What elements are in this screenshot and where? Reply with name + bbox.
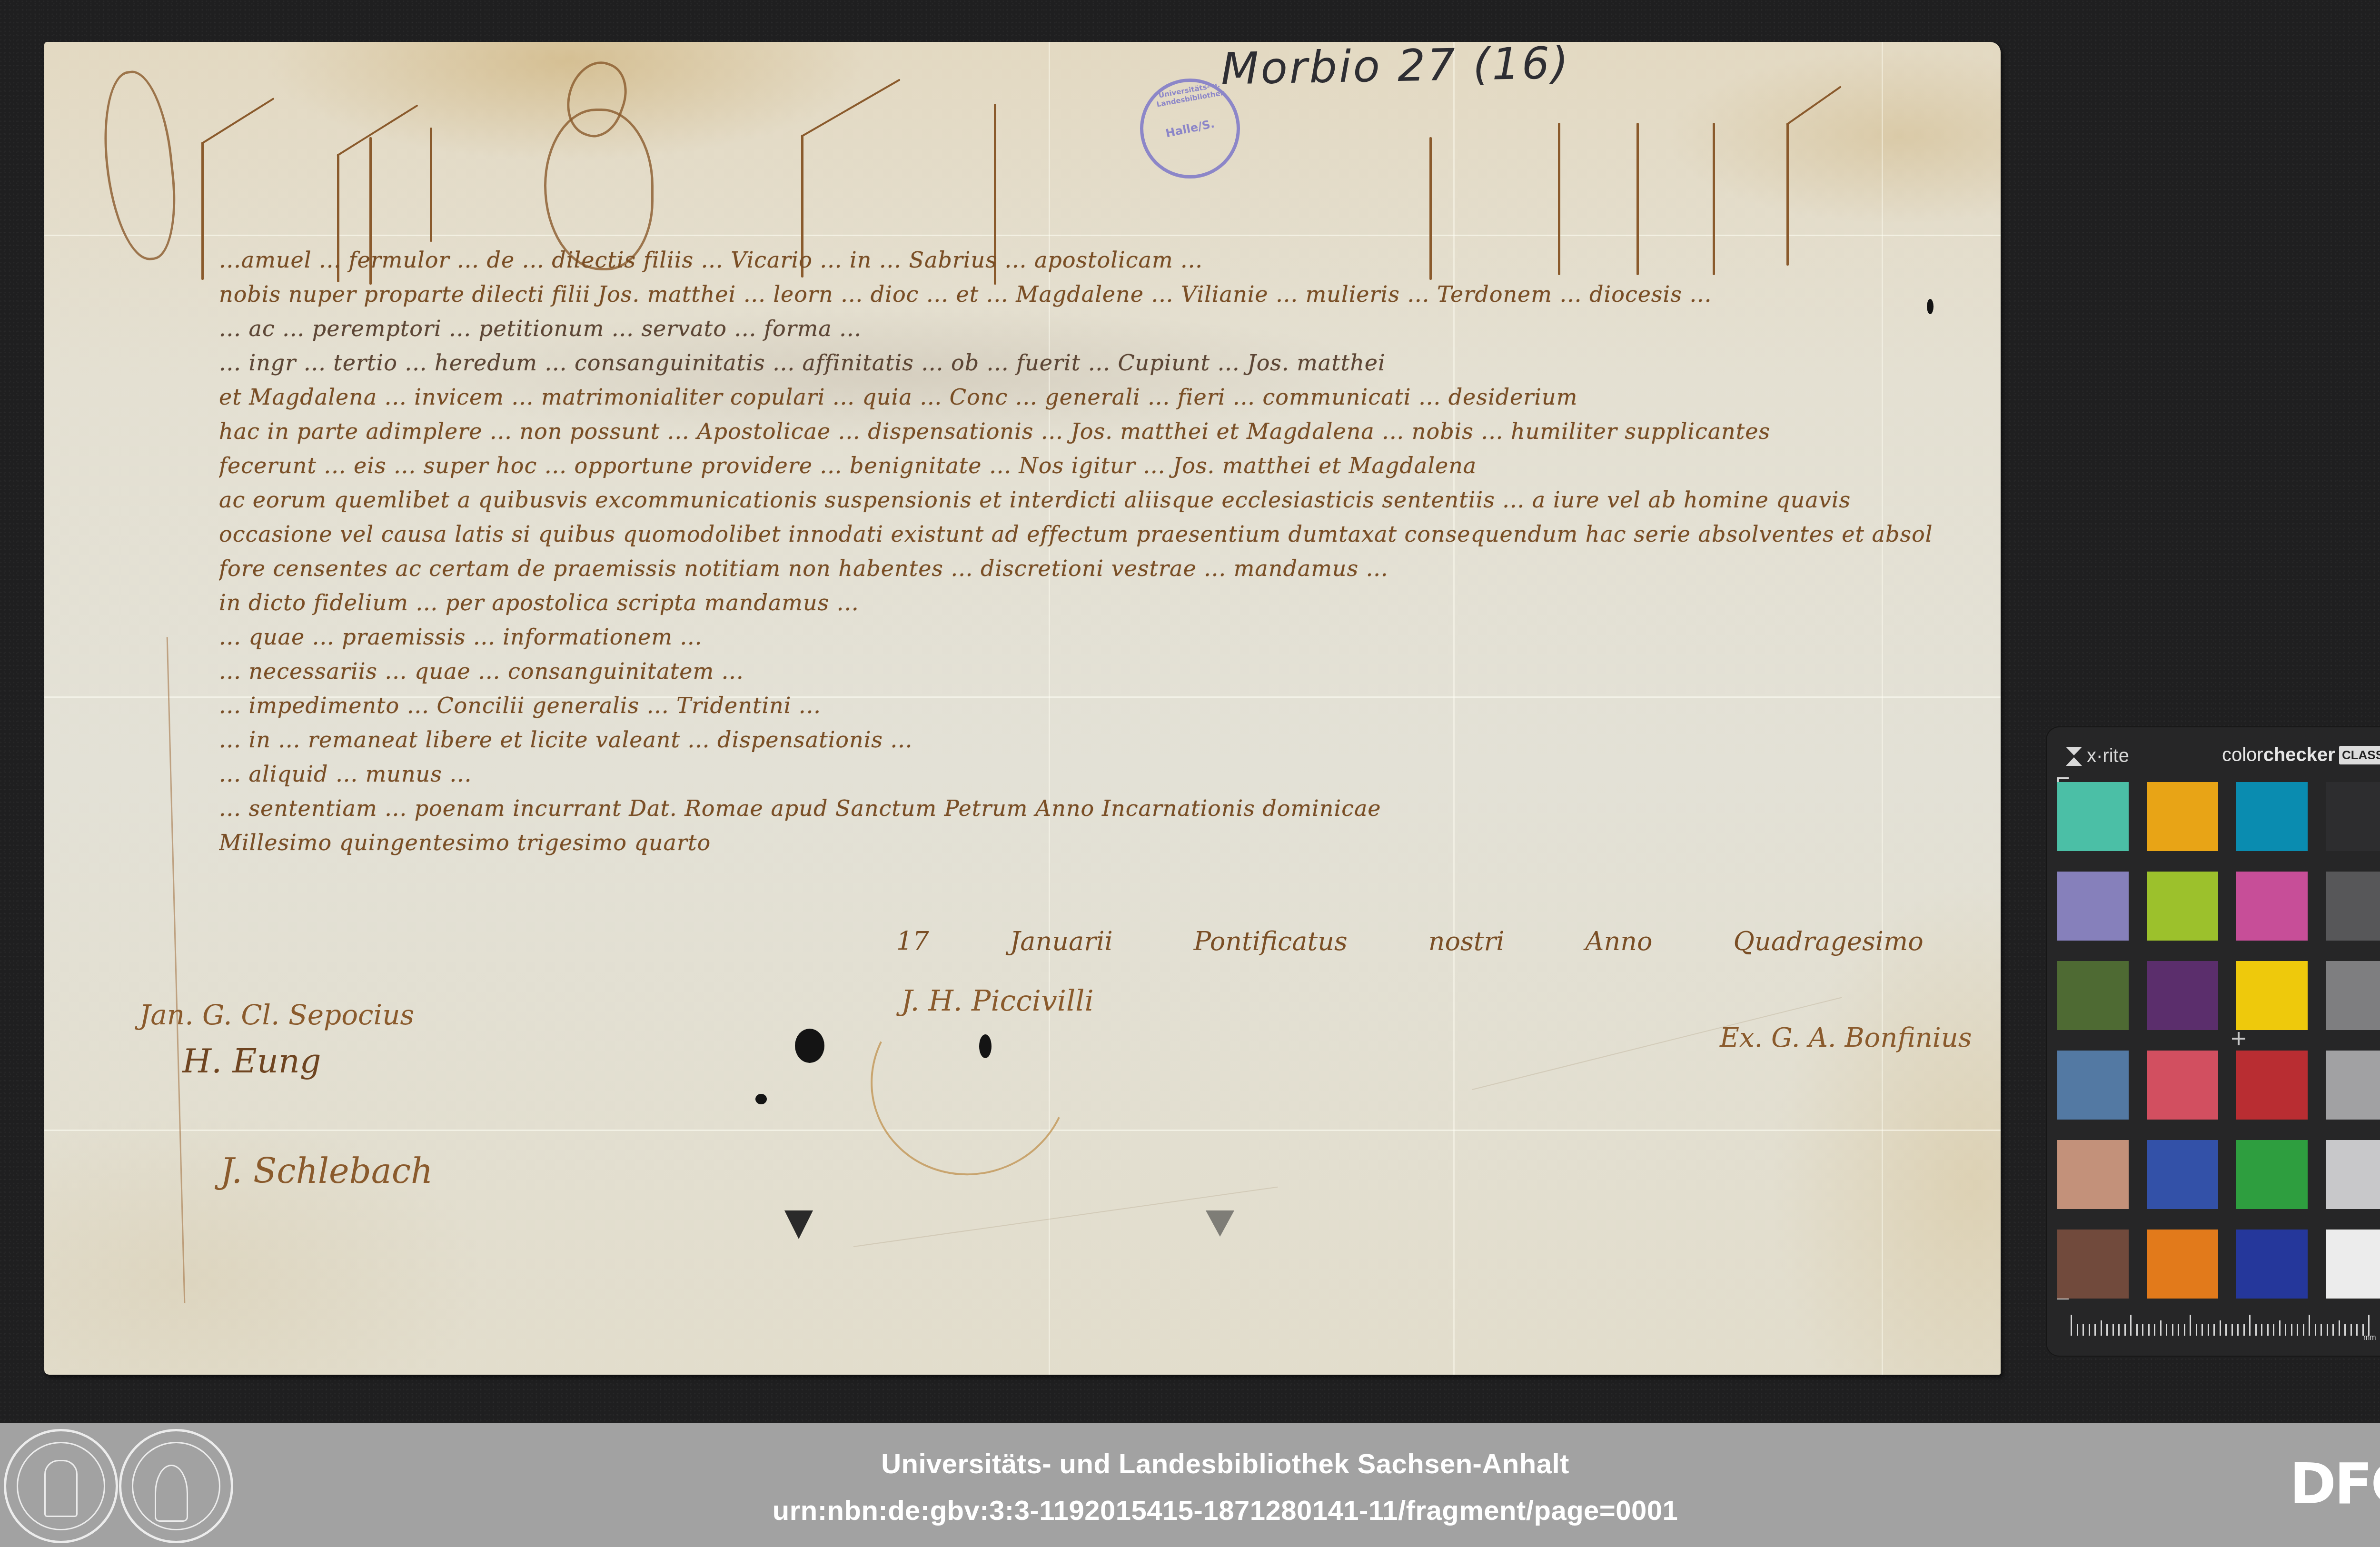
date-anno: Anno [1586,926,1653,956]
ascender-roof [337,104,418,156]
ruler-tick [2089,1324,2090,1336]
seal-slit [784,1210,813,1239]
date-nostri: nostri [1428,926,1505,956]
text-line: ...amuel ... fermulor ... de ... dilecti… [219,243,1933,277]
margin-rule [167,637,186,1303]
color-patch [2057,961,2129,1030]
classic-badge: CLASSIC [2339,746,2380,764]
color-patch [2236,1230,2308,1299]
text-line: ... in ... remaneat libere et licite val… [219,723,1933,757]
color-patch [2057,872,2129,941]
color-patch [2057,782,2129,851]
text-line: Millesimo quingentesimo trigesimo quarto [219,825,933,860]
ruler-tick [2273,1324,2274,1336]
ruler-tick [2279,1320,2281,1336]
color-patch [2236,1051,2308,1120]
ruler-tick [2350,1324,2352,1336]
color-patch [2057,1051,2129,1120]
text-line: nobis nuper proparte dilecti filii Jos. … [219,277,1933,311]
ruler-tick [2082,1324,2084,1336]
ruler-tick [2255,1324,2257,1336]
scan-background: ...amuel ... fermulor ... de ... dilecti… [0,0,2380,1423]
color-patch [2326,782,2380,851]
xrite-brand-text: x·rite [2087,745,2129,767]
signature-right: Ex. G. A. Bonfinius [1720,1022,1972,1053]
ruler-tick [2160,1320,2162,1336]
date-pontificate: Pontificatus [1194,926,1348,956]
text-line: ... quae ... praemissis ... informatione… [219,620,1933,654]
color-patch [2326,1230,2380,1299]
ruler-tick [2101,1320,2102,1336]
seal-cord-hole [795,1029,824,1063]
ruler-tick [2136,1324,2138,1336]
color-patch [2236,961,2308,1030]
xrite-logo-icon [2066,747,2082,766]
text-line: occasione vel causa latis si quibus quom… [219,517,1933,551]
text-line: ac eorum quemlibet a quibusvis excommuni… [219,483,1933,517]
text-line: ... necessariis ... quae ... consanguini… [219,654,1933,688]
date-month: Januarii [1010,926,1113,956]
ruler-tick [2184,1324,2185,1336]
text-line: in dicto fidelium ... per apostolica scr… [219,585,1933,620]
ruler-tick [2172,1324,2173,1336]
shelfmark-label: Morbio 27 (16) [1220,38,1571,95]
color-patch [2147,1230,2218,1299]
institution-name: Universitäts- und Landesbibliothek Sachs… [0,1448,2380,1480]
manuscript-text: ...amuel ... fermulor ... de ... dilecti… [219,243,1933,860]
ruler-tick [2327,1324,2328,1336]
date-line: 17 Januarii Pontificatus nostri Anno Qua… [896,926,1924,956]
color-patch [2326,872,2380,941]
color-patch [2147,961,2218,1030]
ruler-tick [2112,1324,2114,1336]
ruler-tick [2356,1324,2358,1336]
ruler-tick [2220,1320,2221,1336]
color-patch [2326,1051,2380,1120]
text-line: ... ingr ... tertio ... heredum ... cons… [219,346,1933,380]
text-line: ... aliquid ... munus ... [219,757,1933,791]
text-line: fecerunt ... eis ... super hoc ... oppor… [219,448,1933,483]
ascender-roof [801,79,901,137]
signature-left-bottom: J. Schlebach [220,1151,433,1191]
signature-left-top: Jan. G. Cl. Sepocius [139,999,414,1031]
color-patch [2236,782,2308,851]
pin-hole [755,1094,767,1104]
title-light: color [2222,744,2263,765]
text-line: ... sententiam ... poenam incurrant Dat.… [219,791,1933,825]
text-line: hac in parte adimplere ... non possunt .… [219,414,1933,448]
crosshair-icon [2238,1032,2240,1045]
color-patch [2147,872,2218,941]
ruler-tick [2130,1315,2132,1336]
ruler-tick [2094,1324,2096,1336]
ruler-tick [2297,1324,2298,1336]
ruler-tick [2243,1324,2245,1336]
text-line: et Magdalena ... invicem ... matrimonial… [219,380,1933,414]
ruler-tick [2208,1324,2209,1336]
ruler-tick [2344,1324,2346,1336]
ruler-tick [2249,1315,2251,1336]
ruler-tick [2303,1324,2304,1336]
title-bold: checker [2263,744,2335,765]
ascender-roof [201,98,275,145]
date-year-word: Quadragesimo [1734,926,1924,956]
dfg-logo: DFG [2290,1451,2380,1517]
stamp-city: Halle/S. [1164,117,1216,140]
ruler-tick [2315,1324,2316,1336]
library-stamp: Universitäts- u. Landesbibliothek Halle/… [1140,79,1240,178]
ruler-tick [2309,1315,2310,1336]
ruler-tick [2285,1324,2286,1336]
ruler-tick [2148,1324,2150,1336]
ruler-tick [2154,1324,2155,1336]
ruler-tick [2237,1324,2239,1336]
ruler-tick [2267,1324,2269,1336]
ruler-tick [2178,1324,2179,1336]
ruler-tick [2142,1324,2143,1336]
color-patch [2057,1230,2129,1299]
text-line: ... ac ... peremptori ... petitionum ...… [219,311,1933,346]
ruler-tick [2196,1324,2197,1336]
ruler-tick [2071,1315,2072,1336]
color-patch [2147,1140,2218,1209]
color-patch [2147,1051,2218,1120]
text-line: ... impedimento ... Concilii generalis .… [219,688,1933,723]
urn-identifier[interactable]: urn:nbn:de:gbv:3:3-1192015415-1871280141… [0,1495,2380,1527]
ruler-tick [2118,1324,2120,1336]
ruler-unit: mm [2363,1334,2376,1342]
color-patch [2326,1140,2380,1209]
ruler-tick [2106,1324,2108,1336]
ruler-tick [2339,1320,2340,1336]
ruler-tick [2201,1324,2203,1336]
color-patch [2236,1140,2308,1209]
color-patch [2147,782,2218,851]
mm-ruler [2071,1314,2375,1336]
ascender-stroke [430,128,432,242]
ruler-tick [2190,1315,2191,1336]
ruler-tick [2261,1324,2262,1336]
ruler-tick [2291,1324,2292,1336]
ruler-tick [2320,1324,2322,1336]
color-patch [2326,961,2380,1030]
ruler-tick [2077,1324,2078,1336]
text-line: fore censentes ac certam de praemissis n… [219,551,1933,585]
ruler-tick [2124,1324,2126,1336]
footer-banner: Universitäts- und Landesbibliothek Sachs… [0,1423,2380,1547]
ascender-stroke [201,142,204,280]
color-patch-grid [2057,782,2380,1299]
ruler-tick [2231,1324,2233,1336]
color-patch [2236,872,2308,941]
ruler-tick [2368,1315,2370,1336]
pin-hole [1927,299,1934,314]
ascender-roof [1786,86,1842,126]
color-checker-card: x·rite colorchecker CLASSIC mm [2047,727,2380,1356]
ruler-tick [2332,1324,2334,1336]
seal-slit [1206,1210,1234,1237]
date-day: 17 [896,926,929,956]
xrite-brand: x·rite [2066,745,2129,767]
colorchecker-title: colorchecker CLASSIC [2222,744,2380,766]
signature-left-middle: H. Eung [182,1041,321,1081]
parchment-document: ...amuel ... fermulor ... de ... dilecti… [44,42,2001,1375]
ruler-tick [2213,1324,2215,1336]
ruler-tick [2166,1324,2167,1336]
color-patch [2057,1140,2129,1209]
ruler-tick [2225,1324,2227,1336]
